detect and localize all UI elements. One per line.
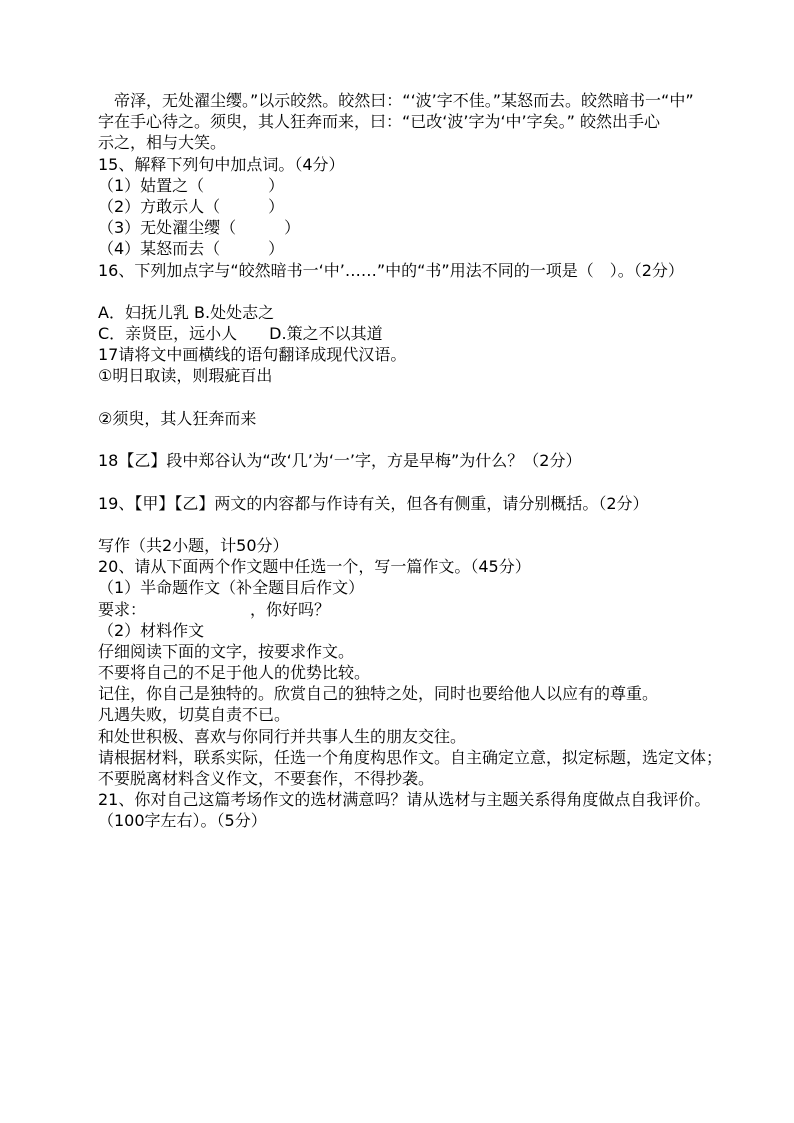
document-line: 和处世积极、喜欢与你同行并共事人生的朋友交往。	[98, 726, 746, 747]
document-line	[98, 429, 746, 450]
document-line: 帝泽，无处濯尘缨。”以示皎然。皎然曰：“‘波’字不佳。”某怒而去。皎然暗书一“中…	[98, 90, 746, 111]
document-line: ②须臾，其人狂奔而来	[98, 408, 746, 429]
document-line: 请根据材料，联系实际，任选一个角度构思作文。自主确定立意，拟定标题，选定文体；	[98, 747, 746, 768]
document-content: 帝泽，无处濯尘缨。”以示皎然。皎然曰：“‘波’字不佳。”某怒而去。皎然暗书一“中…	[98, 90, 746, 832]
document-page: 帝泽，无处濯尘缨。”以示皎然。皎然曰：“‘波’字不佳。”某怒而去。皎然暗书一“中…	[0, 0, 794, 1123]
document-line: （2）材料作文	[98, 620, 746, 641]
document-line: 20、请从下面两个作文题中任选一个，写一篇作文。（45分）	[98, 556, 746, 577]
document-line: 19、【甲】【乙】两文的内容都与作诗有关，但各有侧重，请分别概括。（2分）	[98, 493, 746, 514]
document-line: 18【乙】段中郑谷认为“改‘几’为‘一’字，方是早梅”为什么？（2分）	[98, 450, 746, 471]
document-line: ①明日取读，则瑕疵百出	[98, 365, 746, 386]
document-line: （3）无处濯尘缨（ ）	[98, 217, 746, 238]
document-line: 不要将自己的不足于他人的优势比较。	[98, 662, 746, 683]
document-line: 16、下列加点字与“皎然暗书一‘中’……”中的“书”用法不同的一项是（ ）。（2…	[98, 260, 746, 281]
document-line: （4）某怒而去（ ）	[98, 238, 746, 259]
document-line: 不要脱离材料含义作文，不要套作，不得抄袭。	[98, 768, 746, 789]
document-line: 仔细阅读下面的文字，按要求作文。	[98, 641, 746, 662]
document-line: 记住，你自己是独特的。欣赏自己的独特之处，同时也要给他人以应有的尊重。	[98, 683, 746, 704]
document-line	[98, 471, 746, 492]
document-line	[98, 387, 746, 408]
document-line: 21、你对自己这篇考场作文的选材满意吗？请从选材与主题关系得角度做点自我评价。	[98, 789, 746, 810]
document-line: （1）姑置之（ ）	[98, 175, 746, 196]
document-line	[98, 514, 746, 535]
document-line: （2）方敢示人（ ）	[98, 196, 746, 217]
document-line: 17请将文中画横线的语句翻译成现代汉语。	[98, 344, 746, 365]
document-line: 要求： ，你好吗？	[98, 599, 746, 620]
document-line: 15、解释下列句中加点词。（4分）	[98, 154, 746, 175]
document-line: （100字左右）。（5分）	[98, 810, 746, 831]
document-line: 凡遇失败，切莫自责不已。	[98, 704, 746, 725]
document-line: A．妇抚儿乳 B.处处志之	[98, 302, 746, 323]
document-line: 示之，相与大笑。	[98, 132, 746, 153]
document-line: 字在手心待之。须臾，其人狂奔而来，曰：“已改‘波’字为‘中’字矣。” 皎然出手心	[98, 111, 746, 132]
document-line: C．亲贤臣，远小人 D.策之不以其道	[98, 323, 746, 344]
document-line	[98, 281, 746, 302]
document-line: 写作（共2小题，计50分）	[98, 535, 746, 556]
document-line: （1）半命题作文（补全题目后作文）	[98, 577, 746, 598]
